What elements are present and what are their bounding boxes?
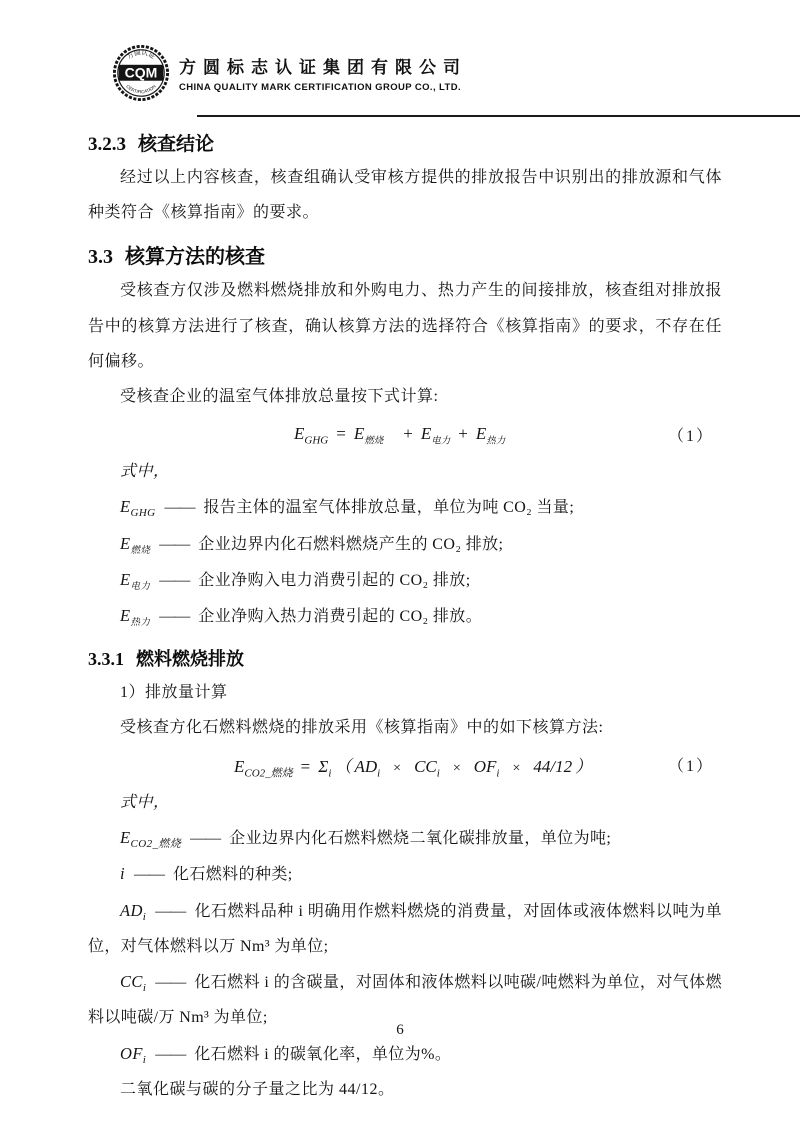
cqm-logo-icon: 方圆认证 CERTIFICATION CQM xyxy=(112,44,170,107)
section-heading-3-3-1: 3.3.1 燃料燃烧排放 xyxy=(88,645,722,671)
formula-ghg-total: EGHG=E燃烧+E电力+E热力 （1） xyxy=(88,416,722,452)
list-item-emission-calculation: 1）排放量计算 xyxy=(88,675,722,710)
definition-e-heat: E热力——企业净购入热力消费引起的 CO₂ 排放。 xyxy=(88,598,722,634)
molecular-ratio-note: 二氧化碳与碳的分子量之比为 44/12。 xyxy=(88,1072,722,1107)
definition-e-electricity: E电力——企业净购入电力消费引起的 CO₂ 排放; xyxy=(88,562,722,598)
section-heading-3-2-3: 3.2.3 核查结论 xyxy=(88,129,722,156)
definition-e-ghg: EGHG——报告主体的温室气体排放总量，单位为吨 CO₂ 当量; xyxy=(88,489,722,525)
svg-text:CQM: CQM xyxy=(125,65,158,81)
definition-i: i——化石燃料的种类; xyxy=(88,856,722,892)
page-header: 方圆认证 CERTIFICATION CQM 方圆标志认证集团有限公司 CHIN… xyxy=(0,0,800,117)
company-name-block: 方圆标志认证集团有限公司 CHINA QUALITY MARK CERTIFIC… xyxy=(179,58,467,92)
formula-expression: ECO2_燃烧=Σi（ADi×CCi×OFi×44/12） xyxy=(234,752,595,777)
equation-number: （1） xyxy=(668,753,722,776)
where-label-2: 式中， xyxy=(88,785,722,820)
formula-fuel-combustion: ECO2_燃烧=Σi（ADi×CCi×OFi×44/12） （1） xyxy=(88,747,722,783)
definition-e-fuel: E燃烧——企业边界内化石燃料燃烧产生的 CO₂ 排放; xyxy=(88,526,722,562)
formula-expression: EGHG=E燃烧+E电力+E热力 xyxy=(294,424,505,444)
document-body: 3.2.3 核查结论 经过以上内容核查，核查组确认受审核方提供的排放报告中识别出… xyxy=(0,117,800,1107)
formula1-lead-text: 受核查企业的温室气体排放总量按下式计算: xyxy=(88,379,722,414)
paragraph-verification-conclusion: 经过以上内容核查，核查组确认受审核方提供的排放报告中识别出的排放源和气体种类符合… xyxy=(88,160,722,230)
company-name-cn: 方圆标志认证集团有限公司 xyxy=(179,58,467,78)
formula2-lead-text: 受核查方化石燃料燃烧的排放采用《核算指南》中的如下核算方法: xyxy=(88,710,722,745)
company-name-en: CHINA QUALITY MARK CERTIFICATION GROUP C… xyxy=(179,82,467,93)
document-page: 方圆认证 CERTIFICATION CQM 方圆标志认证集团有限公司 CHIN… xyxy=(0,0,800,1125)
definition-e-co2-fuel: ECO2_燃烧——企业边界内化石燃料燃烧二氧化碳排放量，单位为吨; xyxy=(88,820,722,856)
paragraph-method-verification: 受核查方仅涉及燃料燃烧排放和外购电力、热力产生的间接排放，核查组对排放报告中的核… xyxy=(88,273,722,379)
company-logo-row: 方圆认证 CERTIFICATION CQM 方圆标志认证集团有限公司 CHIN… xyxy=(112,44,800,107)
definition-ad-i: ADi——化石燃料品种 i 明确用作燃料燃烧的消费量，对固体或液体燃料以吨为单位… xyxy=(88,893,722,964)
page-number: 6 xyxy=(0,1022,800,1039)
section-heading-3-3: 3.3 核算方法的核查 xyxy=(88,240,722,269)
where-label-1: 式中， xyxy=(88,454,722,489)
definition-of-i: OFi——化石燃料 i 的碳氧化率，单位为%。 xyxy=(88,1036,722,1072)
equation-number: （1） xyxy=(668,423,722,446)
